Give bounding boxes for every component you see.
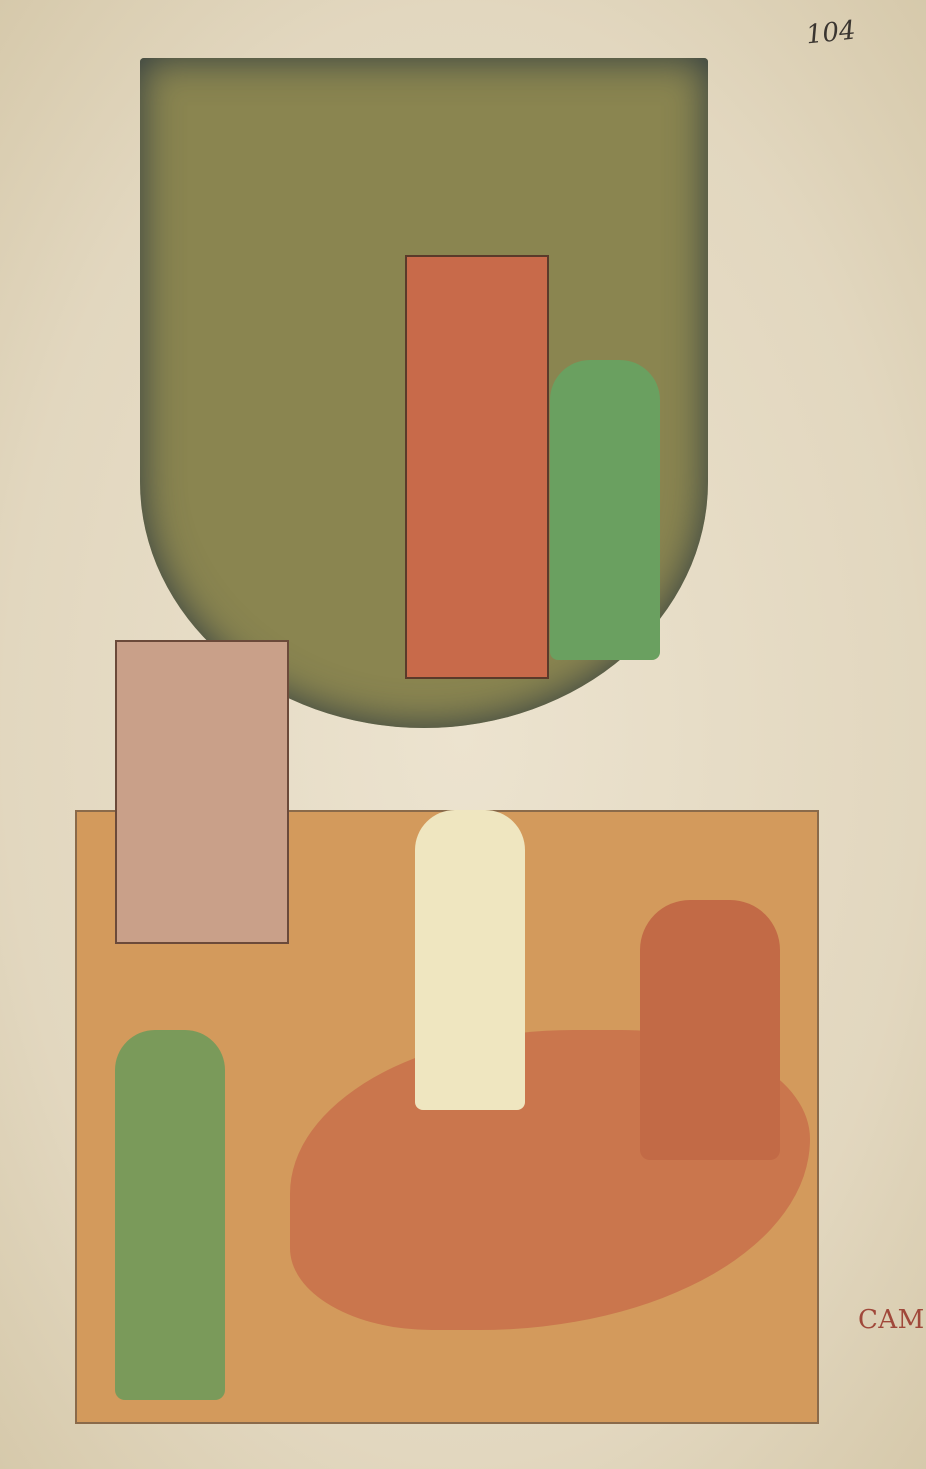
manuscript-page: 104 САМ (0, 0, 926, 1469)
angel-at-altar (415, 810, 525, 1110)
bending-saint (640, 900, 780, 1160)
angel-green-robe (550, 360, 660, 660)
folio-number: 104 (805, 15, 858, 50)
temple-curtain (405, 255, 549, 679)
margin-signature: САМ (858, 1305, 898, 1335)
tower-church (115, 640, 289, 944)
praying-prophet (115, 1030, 225, 1400)
